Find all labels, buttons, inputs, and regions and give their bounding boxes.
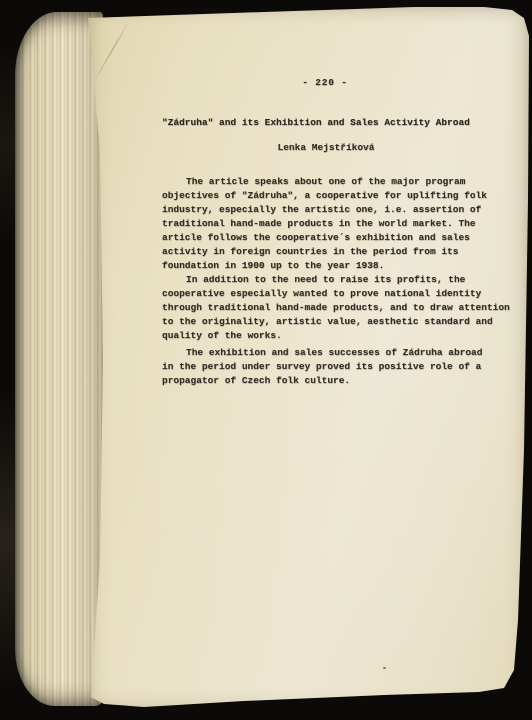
page-number: - 220 - [162,76,488,90]
book-page: - 220 - "Zádruha" and its Exhibition and… [84,0,532,720]
book-page-edges [15,12,103,706]
article-paragraph-1: The article speaks about one of the majo… [162,175,514,273]
article-paragraph-3: The exhibition and sales successes of Zá… [162,346,514,388]
article-author: Lenka Mejstříková [162,141,490,155]
ink-speck [383,667,386,669]
article-paragraph-2: In addition to the need to raise its pro… [162,273,514,343]
scanned-book-photo: { "document": { "page_number": "- 220 -"… [0,0,532,720]
article-title: "Zádruha" and its Exhibition and Sales A… [162,116,514,130]
page-content: - 220 - "Zádruha" and its Exhibition and… [162,76,514,388]
paper-crease [93,20,130,84]
